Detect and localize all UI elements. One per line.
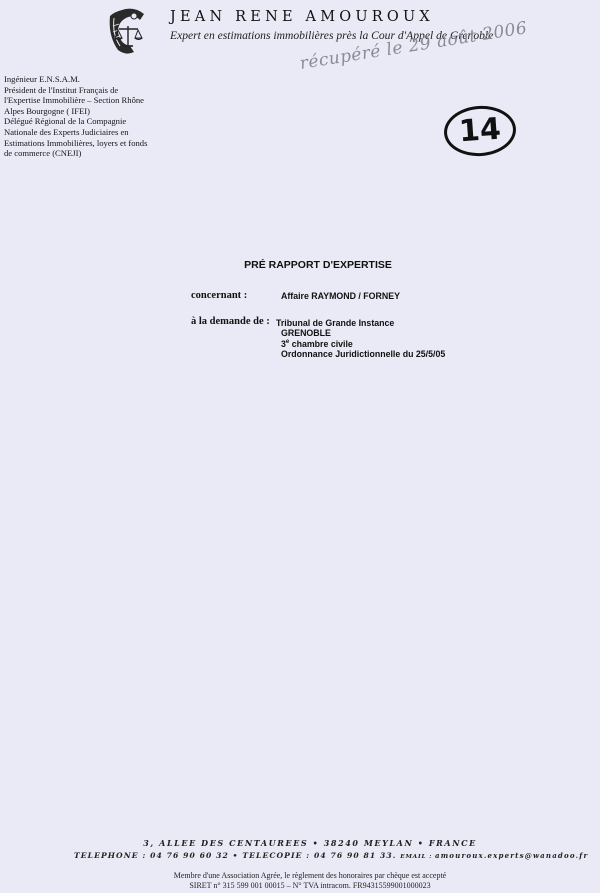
telecopie-number: 04 76 90 81 33.: [314, 851, 397, 860]
demande-line: GRENOBLE: [281, 328, 445, 339]
report-title: PRÉ RAPPORT D'EXPERTISE: [0, 259, 600, 271]
footer-address: 3, ALLEE DES CENTAUREES • 38240 MEYLAN •…: [0, 838, 600, 848]
demande-label: à la demande de :: [191, 316, 270, 327]
credential-line: l'Expertise Immobilière – Section Rhône: [4, 95, 204, 106]
telecopie-label: TELECOPIE: [242, 851, 302, 860]
email-label: EMAIL: [400, 854, 426, 860]
telephone-number: 04 76 90 60 32: [150, 851, 229, 860]
footer-legal: Membre d'une Association Agrée, le règle…: [0, 871, 600, 891]
footer-contact: TELEPHONE : 04 76 90 60 32 • TELECOPIE :…: [74, 851, 588, 860]
demande-details: GRENOBLE 3e chambre civile Ordonnance Ju…: [281, 328, 445, 360]
member-line: Membre d'une Association Agrée, le règle…: [0, 871, 600, 881]
credential-line: Nationale des Experts Judiciaires en: [4, 127, 204, 138]
expert-name: JEAN RENE AMOUROUX: [170, 9, 434, 25]
credential-line: Estimations Immobilières, loyers et fond…: [4, 138, 204, 149]
credential-line: Ingénieur E.N.S.A.M.: [4, 74, 204, 85]
demande-line: Ordonnance Juridictionnelle du 25/5/05: [281, 349, 445, 360]
telephone-label: TELEPHONE: [74, 851, 139, 860]
concernant-value: Affaire RAYMOND / FORNEY: [281, 291, 400, 302]
credential-line: de commerce (CNEJI): [4, 148, 204, 159]
credential-line: Délégué Régional de la Compagnie: [4, 116, 204, 127]
siret-line: SIRET n° 315 599 001 00015 – N° TVA intr…: [0, 881, 600, 891]
fish-scales-emblem-icon: [104, 6, 146, 56]
chambre-text: chambre civile: [292, 339, 353, 349]
document-page: JEAN RENE AMOUROUX Expert en estimations…: [0, 0, 600, 893]
concernant-label: concernant :: [191, 290, 247, 301]
demande-line: 3e chambre civile: [281, 339, 445, 350]
circled-number-stamp: 14: [442, 104, 517, 159]
email-address: amouroux.experts@wanadoo.fr: [435, 851, 588, 860]
credential-line: Président de l'Institut Français de: [4, 85, 204, 96]
handwritten-note: récupéré le 29 août 2006: [298, 18, 528, 74]
chambre-superscript: e: [286, 339, 289, 345]
credentials-block: Ingénieur E.N.S.A.M. Président de l'Inst…: [4, 74, 204, 159]
credential-line: Alpes Bourgogne ( IFEI): [4, 106, 204, 117]
demande-line: Tribunal de Grande Instance: [276, 318, 394, 329]
